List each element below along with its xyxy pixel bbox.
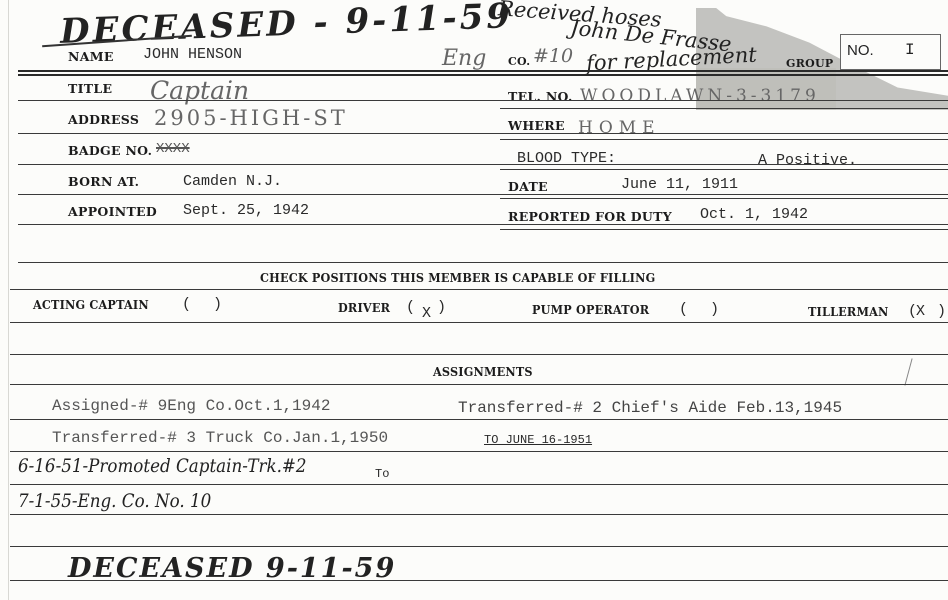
name-label: NAME <box>68 49 114 64</box>
reported-for-duty-value: Oct. 1, 1942 <box>700 206 808 223</box>
date-value: June 11, 1911 <box>621 176 738 193</box>
checkbox-close: ) <box>437 299 446 316</box>
divider-address <box>18 133 948 134</box>
tel-no-label: TEL. NO. <box>508 89 573 104</box>
divider-assignment-5 <box>10 546 948 547</box>
divider-badge <box>18 164 948 165</box>
divider-date <box>500 198 948 199</box>
assignment-line-1-right: Transferred-# 2 Chief's Aide Feb.13,1945 <box>458 399 842 417</box>
divider-assignment-4 <box>10 514 948 515</box>
positions-heading: CHECK POSITIONS THIS MEMBER IS CAPABLE O… <box>260 270 655 285</box>
reported-for-duty-label: REPORTED FOR DUTY <box>508 209 672 224</box>
blood-type-value: A Positive. <box>758 152 857 169</box>
appointed-value: Sept. 25, 1942 <box>183 202 309 219</box>
position-label: DRIVER <box>338 300 390 315</box>
divider-blood <box>500 169 948 170</box>
assignment-line-1-left: Assigned-# 9Eng Co.Oct.1,1942 <box>52 397 330 415</box>
divider-assignment-6 <box>10 580 948 581</box>
checkbox-close: ) <box>937 303 946 320</box>
assignment-line-4-left: 7-1-55-Eng. Co. No. 10 <box>18 490 211 512</box>
assignment-line-2-left: Transferred-# 3 Truck Co.Jan.1,1950 <box>52 429 388 447</box>
date-label: DATE <box>508 179 548 194</box>
assignment-line-3-right: To <box>375 467 389 481</box>
divider-positions-row <box>10 322 948 323</box>
divider-assignment-3 <box>10 484 948 485</box>
where-value: HOME <box>578 118 661 138</box>
checkbox-close: ) <box>213 296 222 313</box>
checkbox-open: ( <box>679 301 688 318</box>
company-value: #10 <box>533 45 573 67</box>
name-value: JOHN HENSON <box>143 46 242 63</box>
divider-assignments-heading <box>10 384 948 385</box>
pencil-tick-mark <box>904 358 912 385</box>
checkbox-open: ( <box>406 299 415 316</box>
company-prefix: Eng <box>442 46 486 71</box>
group-label: GROUP <box>786 57 833 70</box>
divider-assignment-2 <box>10 451 948 452</box>
badge-no-label: BADGE NO. <box>68 143 152 158</box>
badge-no-value: XXXX <box>156 141 190 157</box>
personnel-record-card: DECEASED - 9-11-59 Received hoses John D… <box>0 0 948 600</box>
born-at-label: BORN AT. <box>68 174 139 189</box>
divider-assignment-1 <box>10 419 948 420</box>
position-label: ACTING CAPTAIN <box>33 297 149 312</box>
checkbox-close: ) <box>710 301 719 318</box>
divider-positions-heading <box>10 289 948 290</box>
divider-title <box>18 100 948 101</box>
checkbox-mark[interactable]: X <box>916 303 925 320</box>
assignments-heading: ASSIGNMENTS <box>433 364 533 379</box>
where-label: WHERE <box>508 118 565 133</box>
divider-positions-top <box>18 262 948 263</box>
divider-reported <box>500 229 948 230</box>
assignment-line-2-right: TO JUNE 16-1951 <box>484 433 592 447</box>
divider-appointed <box>18 224 948 225</box>
title-label: TITLE <box>68 81 112 96</box>
deceased-header-annotation: DECEASED - 9-11-59 <box>59 0 513 52</box>
divider-born <box>18 194 948 195</box>
address-value: 2905-HIGH-ST <box>154 106 348 130</box>
appointed-label: APPOINTED <box>68 204 157 219</box>
tel-no-value: WOODLAWN-3-3179 <box>580 86 820 106</box>
company-label: CO. <box>508 55 530 68</box>
born-at-value: Camden N.J. <box>183 173 282 190</box>
number-label: NO. <box>847 42 874 59</box>
divider-assignments-top <box>10 354 948 355</box>
assignment-line-3-left: 6-16-51-Promoted Captain-Trk.#2 <box>18 455 307 477</box>
number-value: I <box>905 41 915 59</box>
divider-where <box>500 139 948 140</box>
checkbox-open: ( <box>182 296 191 313</box>
card-left-edge <box>8 0 9 600</box>
position-label: PUMP OPERATOR <box>532 302 649 317</box>
divider-tel <box>500 108 948 109</box>
address-label: ADDRESS <box>68 112 139 127</box>
number-box: NO. I <box>840 34 941 70</box>
position-label: TILLERMAN <box>808 304 888 319</box>
divider-double-top <box>18 70 948 72</box>
checkbox-mark[interactable]: X <box>422 305 431 322</box>
